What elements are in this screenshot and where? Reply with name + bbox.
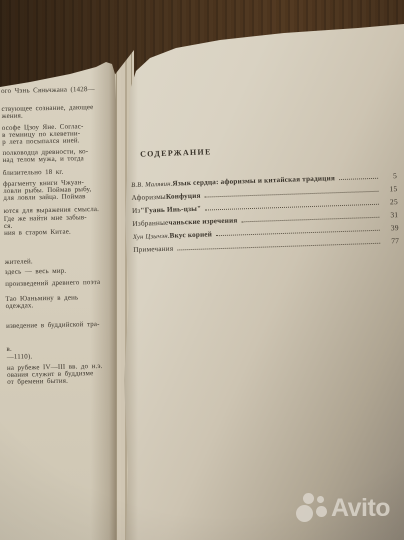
- text-line: изведение в буддийской тра-: [6, 321, 118, 331]
- toc-entry-title: чаньские изречения: [168, 216, 237, 226]
- text-line: близительно 18 кг.: [3, 167, 115, 177]
- left-page-paragraph: ого Чэнь Сяньчжана (1428—: [1, 86, 113, 96]
- text-line: здесь — весь мир.: [5, 267, 117, 277]
- dot-leader: [177, 243, 380, 251]
- toc-entry-title: Вкус корней: [169, 230, 212, 239]
- text-line: р лета посыпался иней.: [2, 137, 114, 147]
- toc-entry-title: В.В. Малявин.: [131, 181, 173, 189]
- toc-entry-title: Из: [132, 207, 141, 215]
- left-page-paragraph: фрагменту книги Чжуан-ловли рыбы. Поймав…: [3, 178, 115, 202]
- left-page-paragraph: близительно 18 кг.: [3, 167, 115, 177]
- toc-entry-title: Хун Цзычэн.: [133, 233, 170, 241]
- text-line: ого Чэнь Сяньчжана (1428—: [1, 86, 113, 96]
- toc-page-number: 31: [383, 210, 398, 219]
- dot-leader: [205, 204, 379, 211]
- text-line: жения.: [2, 111, 114, 121]
- text-line: ния в старом Китае.: [4, 228, 116, 238]
- right-page: [122, 0, 404, 540]
- left-page-paragraph: полководца древности, ко-над телом мужа,…: [2, 148, 114, 165]
- text-line: —1110).: [7, 351, 119, 361]
- toc-page-number: 25: [383, 197, 398, 206]
- left-page-paragraph: изведение в буддийской тра-: [6, 321, 118, 331]
- left-page-paragraph: Тао Юаньмину в деньодеждах.: [5, 293, 117, 310]
- left-page-paragraph: жителей.: [5, 257, 117, 267]
- toc-page-number: 5: [382, 171, 397, 180]
- left-page-text: ого Чэнь Сяньчжана (1428—ствующее сознан…: [1, 84, 119, 387]
- text-line: произведений древнего поэта: [5, 278, 117, 288]
- left-page-paragraph: произведений древнего поэта: [5, 278, 117, 288]
- dot-leader: [216, 230, 380, 236]
- avito-logo-icon: [296, 492, 327, 524]
- toc-page-number: 15: [382, 184, 397, 193]
- toc-entry-title: Избранные: [132, 219, 168, 228]
- toc-entry-title: Афоризмы: [131, 193, 166, 202]
- toc-entry-title: "Гуань Инь-цзы": [140, 205, 201, 215]
- left-page-paragraph: на рубеже IV—III вв. до н.э.ования служи…: [7, 362, 119, 386]
- text-line: одеждах.: [6, 301, 118, 311]
- left-page-paragraph: здесь — весь мир.: [5, 267, 117, 277]
- text-line: жителей.: [5, 257, 117, 267]
- text-line: над телом мужа, и тогда: [2, 155, 114, 165]
- dot-leader: [205, 191, 379, 198]
- dot-leader: [242, 217, 380, 223]
- toc-page-number: 77: [384, 236, 399, 245]
- left-page-paragraph: ствующее сознание, дающеежения.: [1, 104, 113, 121]
- toc-page-number: 39: [384, 223, 399, 232]
- left-page-paragraph: ются для выражения смысла.Где же найти м…: [4, 206, 117, 237]
- left-page-paragraph: в.—1110).: [6, 344, 118, 361]
- book-photo: ого Чэнь Сяньчжана (1428—ствующее сознан…: [0, 0, 404, 540]
- toc-entry-title: Примечания: [133, 245, 173, 254]
- avito-wordmark: Avito: [331, 492, 390, 524]
- toc-entry-title: Язык сердца: афоризмы и китайская традиц…: [172, 174, 335, 187]
- avito-watermark: Avito: [296, 492, 390, 524]
- text-line: для ловли зайца. Поймав: [3, 193, 115, 203]
- toc-list: В.В. Малявин. Язык сердца: афоризмы и ки…: [131, 171, 399, 258]
- dot-leader: [339, 178, 378, 180]
- contents-page: СОДЕРЖАНИЕ В.В. Малявин. Язык сердца: аф…: [130, 141, 399, 258]
- toc-entry-title: Конфуция: [166, 192, 201, 201]
- left-page-paragraph: ософе Цзоу Яне. Соглас-в темницу по клев…: [2, 122, 114, 146]
